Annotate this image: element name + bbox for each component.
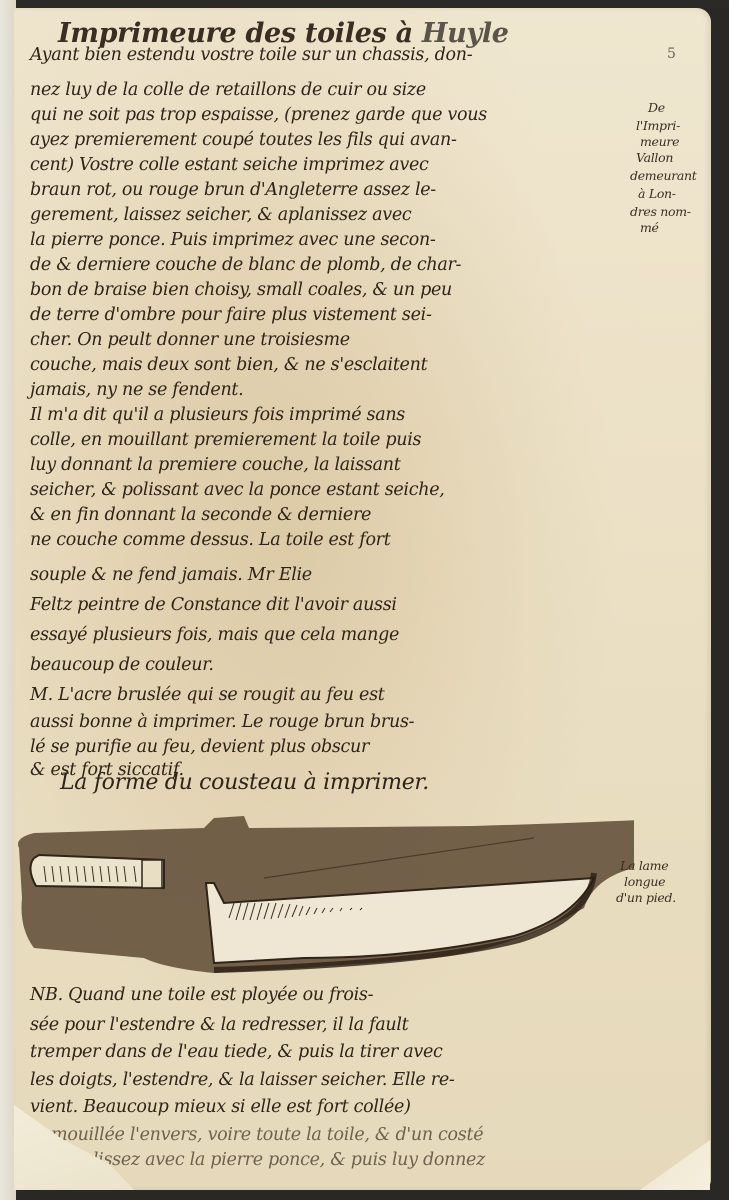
text-line: les doigts, l'estendre, & la laisser sei… [30,1070,455,1090]
text-line: nez luy de la colle de retaillons de cui… [30,80,426,100]
illustration-note-line: La lame [620,858,668,873]
knife-ferrule [142,860,162,888]
text-line: Ayant bien estendu vostre toile sur un c… [30,45,472,65]
scan-top-edge [0,0,729,8]
text-line: la pierre ponce. Puis imprimez avec une … [30,230,436,250]
text-line: qui ne soit pas trop espaisse, (prenez g… [30,105,487,125]
folio-number: 5 [667,46,676,62]
text-line: aussi bonne à imprimer. Le rouge brun br… [30,712,414,732]
text-line: braun rot, ou rouge brun d'Angleterre as… [30,180,436,200]
text-line: luy donnant la premiere couche, la laiss… [30,455,400,475]
text-line: jamais, ny ne se fendent. [30,380,243,400]
margin-note-line: l'Impri- [636,118,680,133]
margin-note-line: demeurant [630,168,697,183]
text-line: ... mouillée l'envers, voire toute la to… [30,1125,483,1145]
text-line: souple & ne fend jamais. Mr Elie [30,565,312,585]
text-line: Feltz peintre de Constance dit l'avoir a… [30,595,397,615]
illustration-note-line: d'un pied. [616,890,676,905]
knife-illustration [14,808,634,978]
text-line: essayé plusieurs fois, mais que cela man… [30,625,399,645]
text-line: ayez premierement coupé toutes les fils … [30,130,457,150]
text-line: sée pour l'estendre & la redresser, il l… [30,1015,408,1035]
text-line: cher. On peult donner une troisiesme [30,330,350,350]
margin-note-line: mé [640,220,659,235]
text-line: M. L'acre bruslée qui se rougit au feu e… [30,685,385,705]
margin-note-line: à Lon- [638,186,676,201]
margin-note-line: meure [640,134,679,149]
text-line: & en fin donnant la seconde & derniere [30,505,371,525]
text-line: vient. Beaucoup mieux si elle est fort c… [30,1097,411,1117]
margin-note-line: dres nom- [630,204,691,219]
margin-note-line: Vallon [636,150,673,165]
text-line: cent) Vostre colle estant seiche imprime… [30,155,429,175]
margin-note-line: De [648,100,665,115]
text-line: colle, en mouillant premierement la toil… [30,430,421,450]
text-line: tremper dans de l'eau tiede, & puis la t… [30,1042,443,1062]
illustration-note-line: longue [624,874,665,889]
text-line: bon de braise bien choisy, small coales,… [30,280,452,300]
illustration-caption: La forme du cousteau à imprimer. [60,770,429,795]
text-line: beaucoup de couleur. [30,655,214,675]
text-line: de terre d'ombre pour faire plus visteme… [30,305,432,325]
text-line: Il m'a dit qu'il a plusieurs fois imprim… [30,405,405,425]
text-line: gerement, laissez seicher, & aplanissez … [30,205,411,225]
text-line: lé se purifie au feu, devient plus obscu… [30,737,369,757]
text-line: ne couche comme dessus. La toile est for… [30,530,390,550]
text-line: NB. Quand une toile est ployée ou frois- [30,985,373,1005]
text-line: seicher, & polissant avec la ponce estan… [30,480,445,500]
text-line: de & derniere couche de blanc de plomb, … [30,255,461,275]
text-line: couche, mais deux sont bien, & ne s'escl… [30,355,427,375]
